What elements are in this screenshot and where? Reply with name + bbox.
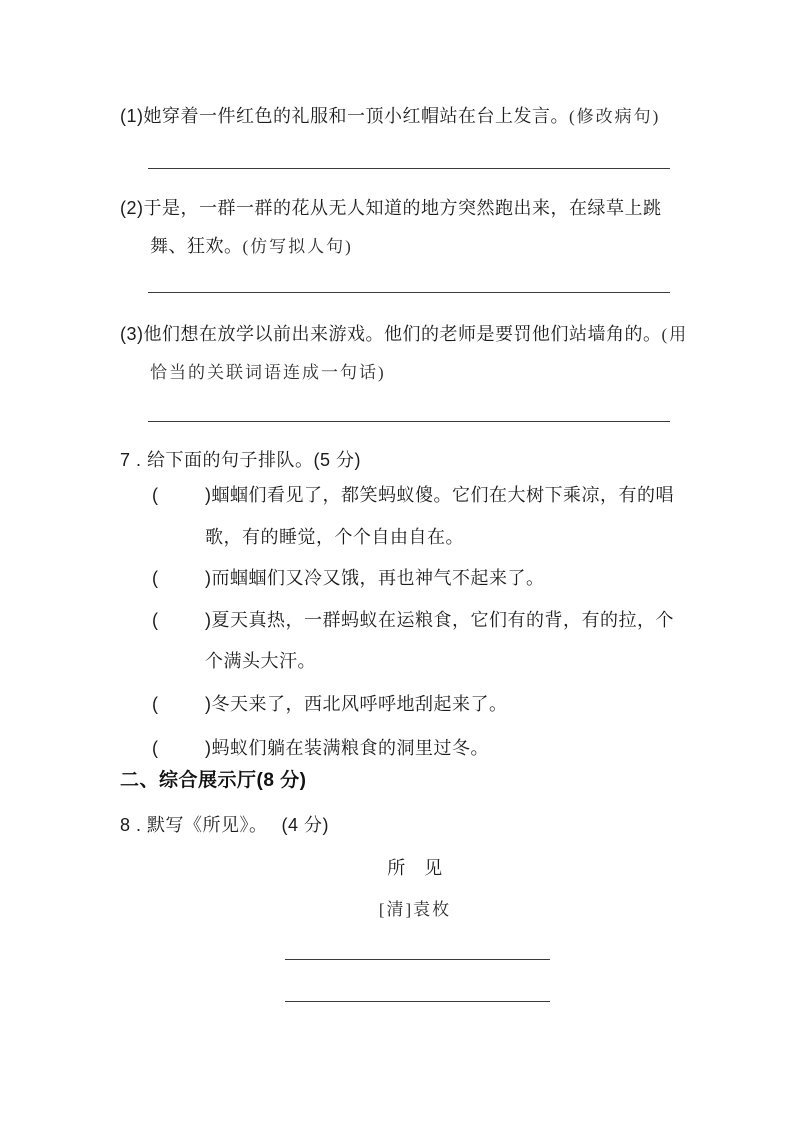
q6-sub3-note-head: (用: [662, 325, 689, 344]
q8-points: (4 分): [282, 815, 330, 835]
q6-sub1-line: (1)她穿着一件红色的礼服和一顶小红帽站在台上发言。(修改病句): [120, 104, 660, 129]
poem-author: [清]袁枚: [120, 898, 710, 922]
section2-heading: 二、综合展示厅(8 分): [120, 769, 307, 793]
q6-sub3-label: (3): [120, 324, 144, 344]
q6-sub1-note: (修改病句): [569, 107, 660, 126]
q6-sub2-text2: 舞、狂欢。: [150, 236, 243, 256]
q7-item3-line1: )夏天真热，一群蚂蚁在运粮食，它们有的背，有的拉，个: [205, 608, 674, 632]
q7-item5-line1: )蚂蚁们躺在装满粮食的洞里过冬。: [205, 736, 489, 760]
q7-title: 给下面的句子排队。: [147, 450, 314, 470]
q6-sub2-line1: (2)于是，一群一群的花从无人知道的地方突然跑出来，在绿草上跳: [120, 196, 662, 220]
q6-sub2-label: (2): [120, 198, 144, 218]
q6-sub2-note: (仿写拟人句): [243, 237, 353, 256]
q6-sub2-text1: 于是，一群一群的花从无人知道的地方突然跑出来，在绿草上跳: [144, 198, 662, 218]
q6-sub1-text: 她穿着一件红色的礼服和一顶小红帽站在台上发言。: [144, 106, 570, 126]
q7-item1-line1: )蝈蝈们看见了，都笑蚂蚁傻。它们在大树下乘凉，有的唱: [205, 483, 674, 507]
q7-header: 7 . 给下面的句子排队。(5 分): [120, 448, 361, 472]
q8-header: 8 . 默写《所见》。(4 分): [120, 813, 329, 837]
q7-item2-line1: )而蝈蝈们又冷又饿，再也神气不起来了。: [205, 566, 545, 590]
answer-blank-poem-2: [285, 1001, 550, 1002]
q6-sub3-note-tail: 恰当的关联词语连成一句话): [150, 361, 386, 385]
answer-blank-q6-3: [148, 421, 670, 422]
q7-item5-open-paren: (: [152, 736, 159, 760]
q7-item3-open-paren: (: [152, 608, 159, 632]
q6-sub2-line2: 舞、狂欢。(仿写拟人句): [150, 234, 353, 259]
q7-item3-line2: 个满头大汗。: [205, 649, 316, 673]
q7-number: 7 .: [120, 450, 147, 470]
q6-sub3-line1: (3)他们想在放学以前出来游戏。他们的老师是要罚他们站墙角的。(用: [120, 322, 688, 347]
q8-number: 8 .: [120, 815, 147, 835]
poem-title: 所 见: [120, 856, 710, 880]
q6-sub3-text: 他们想在放学以前出来游戏。他们的老师是要罚他们站墙角的。: [144, 324, 662, 344]
q8-title: 默写《所见》。: [147, 815, 268, 835]
q7-item4-line1: )冬天来了，西北风呼呼地刮起来了。: [205, 692, 508, 716]
answer-blank-poem-1: [285, 959, 550, 960]
worksheet-page: (1)她穿着一件红色的礼服和一顶小红帽站在台上发言。(修改病句) (2)于是，一…: [0, 0, 793, 1122]
q7-item2-open-paren: (: [152, 566, 159, 590]
answer-blank-q6-1: [148, 168, 670, 169]
q7-item1-line2: 歌，有的睡觉，个个自由自在。: [205, 525, 464, 549]
answer-blank-q6-2: [148, 292, 670, 293]
q7-points: (5 分): [314, 450, 362, 470]
q7-item4-open-paren: (: [152, 692, 159, 716]
q6-sub1-label: (1): [120, 106, 144, 126]
q7-item1-open-paren: (: [152, 483, 159, 507]
